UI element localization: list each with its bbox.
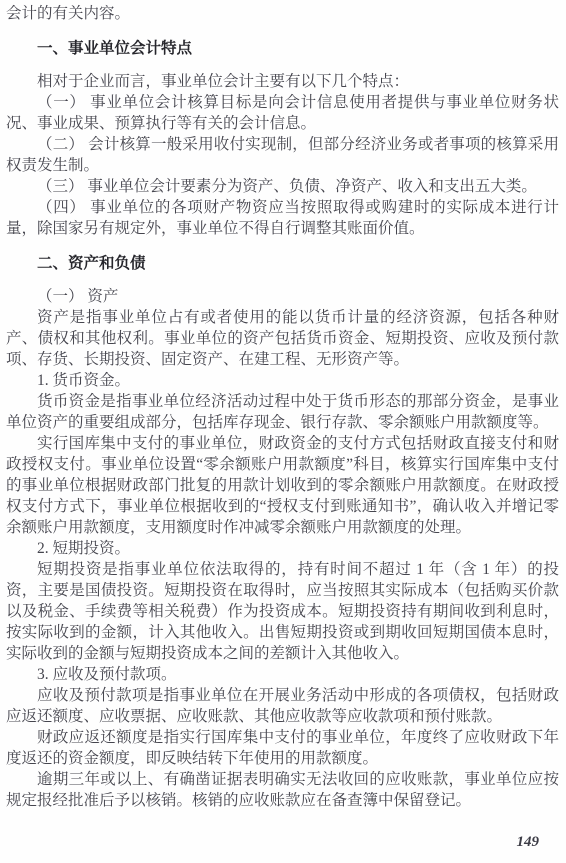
paragraph-short-term-investment: 短期投资是指事业单位依法取得的，持有时间不超过 1 年（含 1 年）的投资，主要… xyxy=(6,559,559,664)
paragraph-overdue-writeoff: 逾期三年或以上、有确凿证据表明确实无法收回的应收账款，事业单位应按规定报经批准后… xyxy=(6,769,559,811)
paragraph-feature-3: （三） 事业单位会计要素分为资产、负债、净资产、收入和支出五大类。 xyxy=(6,176,559,197)
paragraph-assets-definition: 资产是指事业单位占有或者使用的能以货币计量的经济资源，包括各种财产、债权和其他权… xyxy=(6,307,559,370)
paragraph-feature-2: （二） 会计核算一般采用收付实现制，但部分经济业务或者事项的核算采用权责发生制。 xyxy=(6,134,559,176)
item-monetary-funds-title: 1. 货币资金。 xyxy=(6,370,559,391)
page-number: 149 xyxy=(517,834,540,851)
item-short-term-investment-title: 2. 短期投资。 xyxy=(6,538,559,559)
paragraph-intro-features: 相对于企业而言，事业单位会计主要有以下几个特点： xyxy=(6,71,559,92)
book-page: 会计的有关内容。 一、事业单位会计特点 相对于企业而言，事业单位会计主要有以下几… xyxy=(0,0,566,863)
paragraph-fiscal-refund: 财政应返还额度是指实行国库集中支付的事业单位，年度终了应收财政下年度返还的资金额… xyxy=(6,727,559,769)
paragraph-treasury-payment: 实行国库集中支付的事业单位，财政资金的支付方式包括财政直接支付和财政授权支付。事… xyxy=(6,433,559,538)
paragraph-feature-4: （四） 事业单位的各项财产物资应当按照取得或购建时的实际成本进行计量，除国家另有… xyxy=(6,197,559,239)
continuation-line: 会计的有关内容。 xyxy=(6,3,559,24)
section-heading-assets-liabilities: 二、资产和负债 xyxy=(6,253,559,274)
item-receivables-title: 3. 应收及预付款项。 xyxy=(6,664,559,685)
paragraph-monetary-funds: 货币资金是指事业单位经济活动过程中处于货币形态的那部分资金，是事业单位资产的重要… xyxy=(6,391,559,433)
paragraph-receivables: 应收及预付款项是指事业单位在开展业务活动中形成的各项债权，包括财政应返还额度、应… xyxy=(6,685,559,727)
subsection-assets: （一） 资产 xyxy=(6,286,559,307)
paragraph-feature-1: （一） 事业单位会计核算目标是向会计信息使用者提供与事业单位财务状况、事业成果、… xyxy=(6,92,559,134)
section-heading-accounting-features: 一、事业单位会计特点 xyxy=(6,38,559,59)
